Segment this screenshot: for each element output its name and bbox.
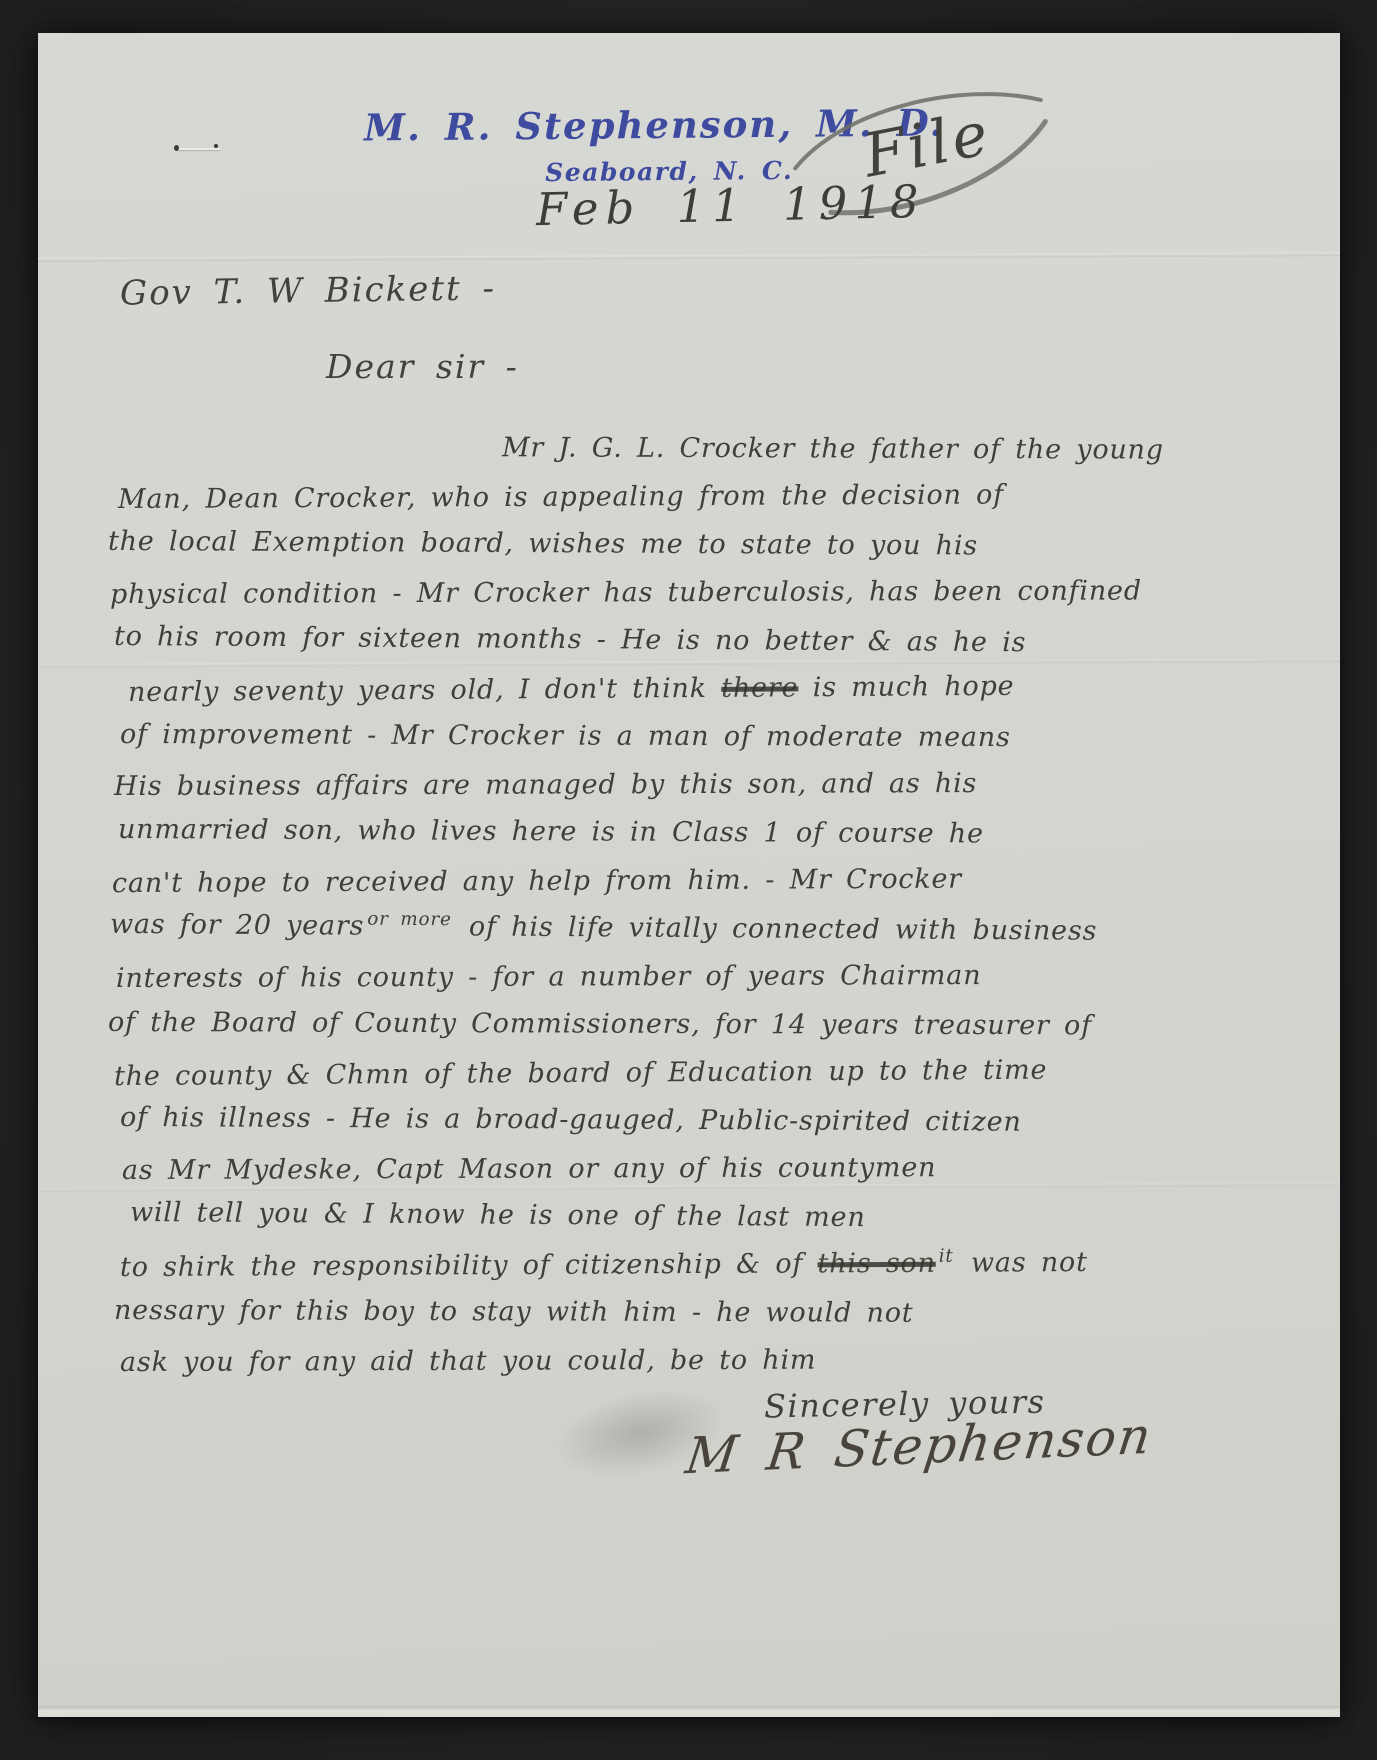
handwritten-line: of the Board of County Commissioners, fo… — [102, 999, 1302, 1051]
fold-crease — [38, 252, 1340, 262]
handwritten-line: physical condition - Mr Crocker has tube… — [102, 567, 1302, 619]
paper-bottom-edge — [38, 1706, 1340, 1717]
body-text: was for 20 years — [110, 909, 364, 942]
handwritten-line: of improvement - Mr Crocker is a man of … — [102, 711, 1302, 763]
body-text: physical condition - Mr Crocker has tube… — [110, 575, 1142, 610]
handwritten-line: ask you for any aid that you could, be t… — [102, 1335, 1302, 1387]
body-text: to his room for sixteen months - He is n… — [114, 621, 1026, 658]
body-text: will tell you & I know he is one of the … — [130, 1197, 866, 1233]
body-text: the local Exemption board, wishes me to … — [108, 526, 978, 562]
letter-body: Mr J. G. L. Crocker the father of the yo… — [102, 425, 1302, 1385]
signature: M R Stephenson — [682, 1407, 1156, 1486]
handwritten-line: to shirk the responsibility of citizensh… — [102, 1238, 1302, 1292]
handwritten-line: was for 20 yearsor more of his life vita… — [102, 901, 1302, 957]
body-text: Man, Dean Crocker, who is appealing from… — [118, 479, 1004, 515]
staple-hole — [174, 145, 179, 151]
body-text: the county & Chmn of the board of Educat… — [114, 1055, 1047, 1093]
handwritten-line: as Mr Mydeske, Capt Mason or any of his … — [102, 1143, 1302, 1195]
body-text: unmarried son, who lives here is in Clas… — [118, 814, 984, 850]
salutation-line: Dear sir - — [326, 347, 519, 386]
body-text: as Mr Mydeske, Capt Mason or any of his … — [122, 1152, 936, 1186]
staple-hole — [214, 144, 218, 148]
body-text: of his illness - He is a broad-gauged, P… — [120, 1102, 1022, 1138]
body-text: His business affairs are managed by this… — [114, 768, 977, 802]
staple-crease — [178, 148, 220, 150]
struck-out-text: there — [721, 672, 798, 704]
body-text: interests of his county - for a number o… — [116, 960, 981, 994]
body-text: ask you for any aid that you could, be t… — [120, 1345, 816, 1378]
handwritten-line: interests of his county - for a number o… — [102, 951, 1302, 1003]
handwritten-line: unmarried son, who lives here is in Clas… — [102, 806, 1302, 860]
handwritten-line: will tell you & I know he is one of the … — [102, 1189, 1302, 1245]
body-text: was not — [957, 1247, 1088, 1279]
handwritten-line: of his illness - He is a broad-gauged, P… — [102, 1094, 1302, 1148]
handwritten-line: can't hope to received any help from him… — [102, 854, 1302, 908]
body-text: of his life vitally connected with busin… — [454, 911, 1097, 946]
body-text: is much hope — [798, 671, 1014, 704]
body-text: nessary for this boy to stay with him - … — [114, 1295, 914, 1329]
handwritten-line: His business affairs are managed by this… — [102, 759, 1302, 811]
letter-paper: M. R. Stephenson, M. D. Seaboard, N. C. … — [38, 33, 1340, 1717]
body-text: can't hope to received any help from him… — [112, 864, 962, 899]
body-text: Mr J. G. L. Crocker the father of the yo… — [502, 432, 1164, 465]
struck-out-text: this son — [817, 1248, 935, 1280]
inserted-text: it — [939, 1246, 954, 1267]
body-text: of improvement - Mr Crocker is a man of … — [120, 719, 1011, 753]
body-text: to shirk the responsibility of citizensh… — [120, 1248, 818, 1283]
date-line: Feb 11 1918 — [535, 175, 926, 236]
body-text: of the Board of County Commissioners, fo… — [108, 1007, 1092, 1041]
handwritten-line: nessary for this boy to stay with him - … — [102, 1287, 1302, 1339]
handwritten-line: the local Exemption board, wishes me to … — [102, 518, 1302, 572]
handwritten-line: Mr J. G. L. Crocker the father of the yo… — [102, 423, 1302, 475]
body-text: nearly seventy years old, I don't think — [128, 673, 721, 708]
handwritten-line: Man, Dean Crocker, who is appealing from… — [102, 470, 1302, 524]
handwritten-line: to his room for sixteen months - He is n… — [102, 613, 1302, 669]
handwritten-line: the county & Chmn of the board of Educat… — [102, 1045, 1302, 1101]
handwritten-line: nearly seventy years old, I don't think … — [102, 661, 1302, 717]
inserted-text: or more — [367, 909, 452, 931]
recipient-line: Gov T. W Bickett - — [120, 268, 496, 313]
